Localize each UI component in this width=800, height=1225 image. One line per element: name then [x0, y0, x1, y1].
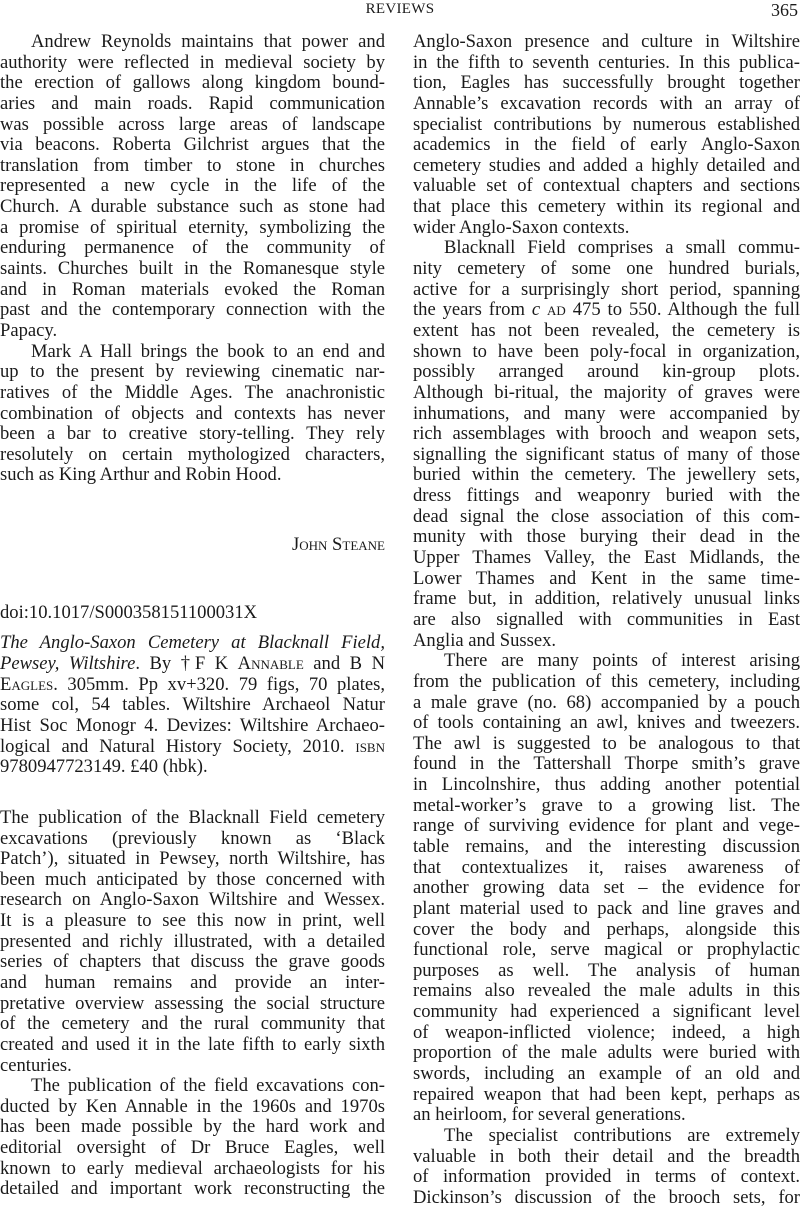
text-line: been a bar to creative story-telling. Th… [0, 424, 385, 445]
text-line: created and used it in the late fifth to… [0, 1035, 385, 1056]
text-line: from the publication of this cemetery, i… [413, 672, 800, 693]
book-title-cont: Pewsey, Wiltshire [0, 653, 135, 674]
text-line: cover the body and perhaps, alongside th… [413, 920, 800, 941]
text-line: swords, including an example of an old a… [413, 1064, 800, 1085]
reviewer-first-name: John [292, 534, 327, 555]
text-line: functional role, serve magical or prophy… [413, 940, 800, 961]
text-line: academics in the field of early Anglo-Sa… [413, 135, 800, 156]
paragraph-continuation: Anglo-Saxon presence and culture in Wilt… [413, 32, 800, 238]
text-line: Andrew Reynolds maintains that power and [0, 32, 385, 53]
text-line: a promise of spiritual eternity, symboli… [0, 218, 385, 239]
paragraph-reynolds: Andrew Reynolds maintains that power and… [0, 32, 385, 342]
text-line: and in Roman materials evoked the Roman [0, 280, 385, 301]
citation-line: 9780947723149. £40 (hbk). [0, 757, 385, 778]
era-abbrev: ad [540, 299, 566, 320]
text-line: dead signal the close association of thi… [413, 507, 800, 528]
text-line: possibly arranged around kin-group plots… [413, 362, 800, 383]
text-line: community had experienced a significant … [413, 1002, 800, 1023]
text-line: The awl is suggested to be analogous to … [413, 734, 800, 755]
text-line: series of chapters that discuss the grav… [0, 952, 385, 973]
text-line: ratives of the Middle Ages. The anachron… [0, 383, 385, 404]
author-annable: Annable [238, 653, 304, 674]
text-line: that contextualizes it, raises awareness… [413, 858, 800, 879]
reviewer-last-name: Steane [332, 534, 385, 555]
running-title: REVIEWS [0, 1, 800, 18]
text-line: saints. Churches built in the Romanesque… [0, 259, 385, 280]
page-number: 365 [771, 0, 798, 21]
right-column: Anglo-Saxon presence and culture in Wilt… [413, 32, 800, 1209]
text-line: in the fifth to seventh centuries. In th… [413, 53, 800, 74]
text-line: aries and main roads. Rapid communicatio… [0, 94, 385, 115]
text-line: translation from timber to stone in chur… [0, 156, 385, 177]
text-line: plant material used to pack and line gra… [413, 899, 800, 920]
text-line: specialist contributions by numerous est… [413, 115, 800, 136]
text-line: wider Anglo-Saxon contexts. [413, 218, 800, 239]
book-citation: The Anglo-Saxon Cemetery at Blacknall Fi… [0, 633, 385, 777]
text-line: buried within the cemetery. The jeweller… [413, 465, 800, 486]
text-line: and human remains and provide an inter- [0, 973, 385, 994]
left-column: Andrew Reynolds maintains that power and… [0, 32, 385, 1200]
text-line: Lower Thames and Kent in the same time- [413, 569, 800, 590]
text-line: signalling the significant status of man… [413, 445, 800, 466]
text-line: The publication of the Blacknall Field c… [0, 808, 385, 829]
text-line: of weapon-inflicted violence; indeed, a … [413, 1023, 800, 1044]
citation-line: some col, 54 tables. Wiltshire Archaeol … [0, 695, 385, 716]
text-line: purposes as well. The analysis of human [413, 961, 800, 982]
text-line: valuable in both their detail and the br… [413, 1147, 800, 1168]
text-line: inhumations, and many were accompanied b… [413, 404, 800, 425]
text-line: rich assemblages with brooch and weapon … [413, 424, 800, 445]
text-line: Patch’), situated in Pewsey, north Wilts… [0, 849, 385, 870]
text-line: cemetery studies and added a highly deta… [413, 156, 800, 177]
text-line: frame but, in addition, relatively unusu… [413, 589, 800, 610]
text-line: excavations (previously known as ‘Black [0, 829, 385, 850]
text-line: Papacy. [0, 321, 385, 342]
text-line: shown to have been poly-focal in organiz… [413, 342, 800, 363]
text-line: of the cemetery and the rural community … [0, 1014, 385, 1035]
text-line: an heirloom, for several generations. [413, 1105, 800, 1126]
citation-line: logical and Natural History Society, 201… [0, 737, 385, 758]
text-line: enduring permanence of the community of [0, 238, 385, 259]
doi-line: doi:10.1017/S000358151100031X [0, 603, 385, 624]
text-line: It is a pleasure to see this now in prin… [0, 911, 385, 932]
text-line: authority were reflected in medieval soc… [0, 53, 385, 74]
isbn-label: isbn [355, 736, 385, 757]
reviewer-signature: John Steane [0, 535, 385, 556]
text-line: Church. A durable substance such as ston… [0, 197, 385, 218]
text-line: Dickinson’s discussion of the brooch set… [413, 1188, 800, 1209]
text-line: Annable’s excavation records with an arr… [413, 94, 800, 115]
text-line: Upper Thames Valley, the East Midlands, … [413, 548, 800, 569]
circa-abbrev: c [532, 299, 540, 320]
paragraph-review-intro: The publication of the Blacknall Field c… [0, 808, 385, 1076]
book-title-line: The Anglo-Saxon Cemetery at Blacknall Fi… [0, 633, 385, 654]
text-line: research on Anglo-Saxon Wiltshire and We… [0, 890, 385, 911]
text-line: centuries. [0, 1056, 385, 1077]
text-line: found in the Tattershall Thorpe smith’s … [413, 754, 800, 775]
text-line: valuable set of contextual chapters and … [413, 176, 800, 197]
text-line: been much anticipated by those concerned… [0, 870, 385, 891]
text-line: via beacons. Roberta Gilchrist argues th… [0, 135, 385, 156]
paragraph-blacknall: Blacknall Field comprises a small commu-… [413, 238, 800, 651]
text-line: munity with those burying their dead in … [413, 527, 800, 548]
text-line: The publication of the field excavations… [0, 1076, 385, 1097]
text-line: past and the contemporary connection wit… [0, 300, 385, 321]
text-line: known to early medieval archaeologists f… [0, 1159, 385, 1180]
paragraph-points-of-interest: There are many points of interest arisin… [413, 651, 800, 1126]
text-line: in Lincolnshire, thus adding another pot… [413, 775, 800, 796]
paragraph-specialist: The specialist contributions are extreme… [413, 1126, 800, 1209]
text-line: extent has not been revealed, the cemete… [413, 321, 800, 342]
text-line: Anglo-Saxon presence and culture in Wilt… [413, 32, 800, 53]
text-line: Blacknall Field comprises a small commu- [413, 238, 800, 259]
text-line: metal-worker’s grave to a growing list. … [413, 796, 800, 817]
text-line: remains also revealed the male adults in… [413, 981, 800, 1002]
text-line: proportion of the male adults were burie… [413, 1043, 800, 1064]
text-line: editorial oversight of Dr Bruce Eagles, … [0, 1138, 385, 1159]
text-line: active for a surprisingly short period, … [413, 280, 800, 301]
text-line: repaired weapon that had been kept, perh… [413, 1085, 800, 1106]
author-eagles: Eagles [0, 674, 53, 695]
running-head: REVIEWS 365 [0, 0, 800, 20]
text-line: the years from c ad 475 to 550. Although… [413, 300, 800, 321]
text-line: pretative overview assessing the social … [0, 994, 385, 1015]
text-line: has been made possible by the hard work … [0, 1117, 385, 1138]
text-line: tion, Eagles has successfully brought to… [413, 73, 800, 94]
citation-line: Eagles. 305mm. Pp xv+320. 79 figs, 70 pl… [0, 675, 385, 696]
text-line: Although bi-ritual, the majority of grav… [413, 383, 800, 404]
text-line: was possible across large areas of lands… [0, 115, 385, 136]
paragraph-review-annable: The publication of the field excavations… [0, 1076, 385, 1200]
text-line: There are many points of interest arisin… [413, 651, 800, 672]
spacer [0, 556, 385, 603]
text-line: such as King Arthur and Robin Hood. [0, 465, 385, 486]
text-line: that place this cemetery within its regi… [413, 197, 800, 218]
text-line: another growing data set – the evidence … [413, 878, 800, 899]
text-line: a male grave (no. 68) accompanied by a p… [413, 693, 800, 714]
text-line: range of surviving evidence for plant an… [413, 816, 800, 837]
text-line: resolutely on certain mythologized chara… [0, 445, 385, 466]
text-line: presented and richly illustrated, with a… [0, 932, 385, 953]
citation-line: Hist Soc Monogr 4. Devizes: Wiltshire Ar… [0, 716, 385, 737]
text-line: Mark A Hall brings the book to an end an… [0, 342, 385, 363]
text-line: detailed and important work reconstructi… [0, 1179, 385, 1200]
text-line: table remains, and the interesting discu… [413, 837, 800, 858]
text-line: are also signalled with communities in E… [413, 610, 800, 631]
text-line: up to the present by reviewing cinematic… [0, 362, 385, 383]
text-line: The specialist contributions are extreme… [413, 1126, 800, 1147]
text-line: ducted by Ken Annable in the 1960s and 1… [0, 1097, 385, 1118]
text-line: represented a new cycle in the life of t… [0, 176, 385, 197]
text-line: Anglia and Sussex. [413, 631, 800, 652]
citation-line: Pewsey, Wiltshire. By †F K Annable and B… [0, 654, 385, 675]
text-line: the erection of gallows along kingdom bo… [0, 73, 385, 94]
text-line: of information provided in terms of cont… [413, 1167, 800, 1188]
paragraph-hall: Mark A Hall brings the book to an end an… [0, 342, 385, 486]
spacer [0, 778, 385, 808]
text-line: nity cemetery of some one hundred burial… [413, 259, 800, 280]
text-line: dress fittings and weaponry buried with … [413, 486, 800, 507]
spacer [0, 486, 385, 535]
text-line: combination of objects and contexts has … [0, 404, 385, 425]
text-line: of tools containing an awl, knives and t… [413, 713, 800, 734]
